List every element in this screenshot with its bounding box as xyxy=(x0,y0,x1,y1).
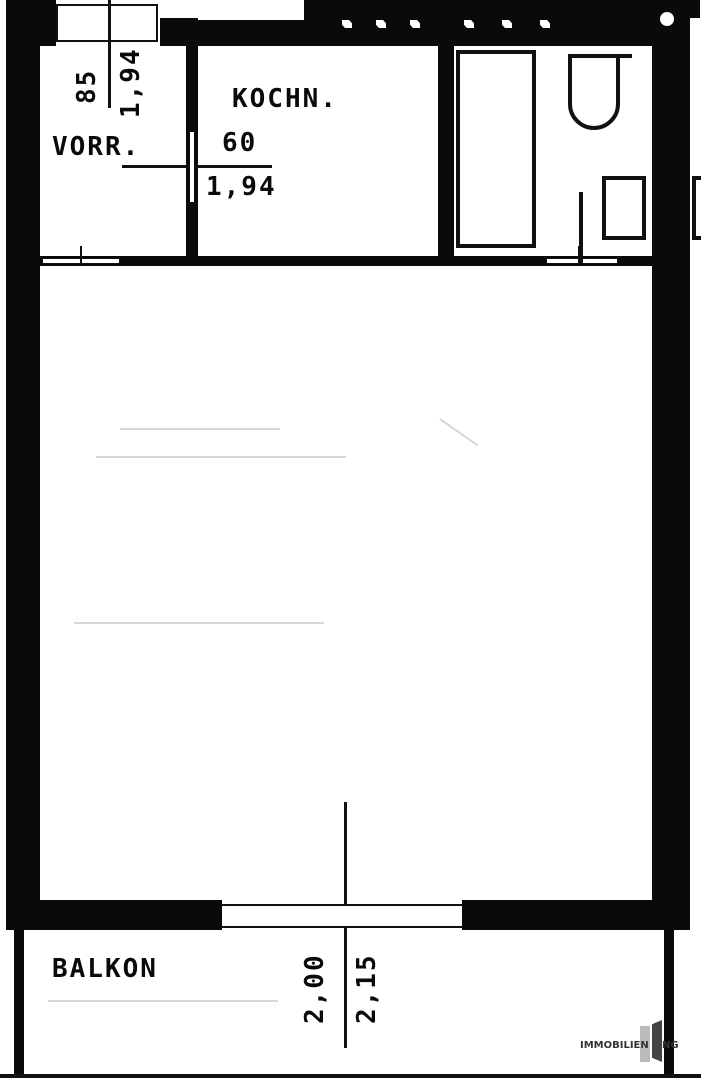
room-label-kochn: KOCHN. xyxy=(232,84,338,114)
wall-bottom-right xyxy=(462,900,690,930)
wall-top-segment xyxy=(300,0,700,18)
dim-balkon-b: 2,15 xyxy=(352,953,382,1024)
faint-mark xyxy=(48,1000,278,1002)
washbasin xyxy=(602,176,646,240)
vent-round-icon xyxy=(660,12,674,26)
door-tick xyxy=(80,246,82,266)
balcony-edge xyxy=(0,1074,701,1078)
faint-mark xyxy=(439,418,478,446)
faint-mark xyxy=(74,622,324,624)
faint-mark xyxy=(96,456,346,458)
room-label-vorr: VORR. xyxy=(52,132,140,162)
wall-top-left-stub xyxy=(6,0,56,46)
window-mullion xyxy=(108,0,111,108)
wall-top xyxy=(160,18,690,46)
room-label-balkon: BALKON xyxy=(52,954,158,984)
dim-kochn-a: 60 xyxy=(222,128,257,158)
toilet-cistern xyxy=(568,54,632,58)
dim-vorr-a: 85 xyxy=(72,69,102,104)
window-top-left xyxy=(56,4,158,42)
watermark-logo: IMMOBILIEN NG xyxy=(580,1020,680,1070)
logo-mark-icon xyxy=(652,1020,662,1062)
balcony-wall-left xyxy=(14,930,24,1076)
wall-left xyxy=(6,0,40,930)
door-kochn xyxy=(190,132,194,202)
faint-mark xyxy=(120,428,280,430)
exterior-stub xyxy=(692,176,701,240)
dim-balkon-a: 2,00 xyxy=(300,953,330,1024)
watermark-suffix: NG xyxy=(662,1040,679,1051)
dim-kochn-b: 1,94 xyxy=(206,172,277,202)
wall-bottom-left xyxy=(6,900,222,930)
dim-vorr-b: 1,94 xyxy=(116,47,146,118)
dimension-line xyxy=(122,165,272,168)
wall-right xyxy=(652,0,690,930)
wall-kochn-bad xyxy=(438,40,454,262)
bath-partition xyxy=(579,192,583,264)
balcony-door xyxy=(222,904,462,928)
watermark-text: IMMOBILIEN xyxy=(580,1040,649,1051)
top-opening xyxy=(198,0,304,20)
bathtub xyxy=(456,50,536,248)
toilet-icon xyxy=(568,54,620,130)
floor-plan: VORR. 85 1,94 KOCHN. 60 1,94 BALKON 2,00… xyxy=(0,0,701,1080)
